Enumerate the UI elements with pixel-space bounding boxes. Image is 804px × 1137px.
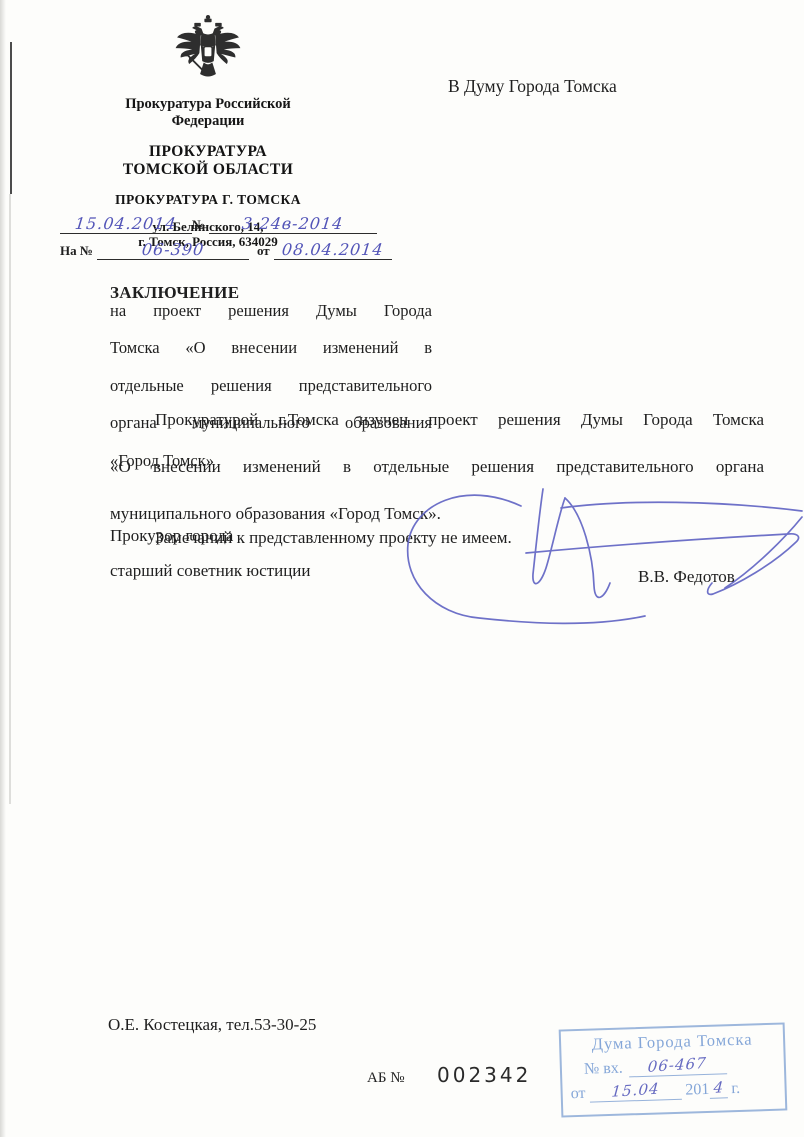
stamp-in-blank: 06-467 [628, 1054, 727, 1077]
stamp-year-printed: 201 [685, 1081, 710, 1100]
date-blank: 15.04.2014 [60, 214, 192, 234]
executor-contact: О.Е. Костецкая, тел.53-30-25 [108, 1015, 316, 1035]
stamp-in-label: № вх. [584, 1060, 623, 1079]
document-title: ЗАКЛЮЧЕНИЕ [110, 283, 239, 303]
stamp-year-suffix: г. [731, 1080, 740, 1098]
stamp-date-blank: 15.04 [589, 1080, 682, 1103]
form-number: 002342 [437, 1063, 531, 1087]
reply-number-blank: 06-390 [97, 240, 249, 260]
coat-of-arms-icon [172, 12, 244, 90]
org-region-line2: ТОМСКОЙ ОБЛАСТИ [52, 161, 364, 179]
signature-ink [393, 486, 804, 628]
stamp-year-blank: 4 [709, 1078, 728, 1099]
reply-ref-row: На № 06-390 от 08.04.2014 [60, 240, 392, 260]
form-series-label: АБ № [367, 1070, 405, 1087]
recipient: В Думу Города Томска [448, 76, 617, 97]
handwritten-date: 15.04.2014 [74, 214, 178, 233]
stamp-date-row: от 15.04 201 4 г. [570, 1077, 777, 1103]
stamp-incoming-row: № вх. 06-467 [570, 1053, 777, 1079]
org-name-region: ПРОКУРАТУРА ТОМСКОЙ ОБЛАСТИ [52, 143, 364, 179]
stamp-handwritten-date: 15.04 [611, 1080, 660, 1101]
org-name-federation: Прокуратура Российской Федерации [52, 96, 364, 130]
number-sign-label: № [192, 217, 209, 234]
stamp-org-name: Дума Города Томска [569, 1029, 776, 1055]
reply-date-blank: 08.04.2014 [274, 240, 392, 260]
subtitle-line: Томска «О внесении изменений в [110, 339, 432, 376]
number-blank: 3-24в-2014 [209, 214, 377, 234]
stamp-date-label: от [570, 1085, 585, 1103]
handwritten-reply-number: 06-390 [141, 240, 205, 259]
signer-name: В.В. Федотов [638, 567, 735, 587]
scan-edge-line-faint [9, 194, 11, 804]
scanned-letter-page: Прокуратура Российской Федерации ПРОКУРА… [0, 0, 804, 1137]
incoming-stamp: Дума Города Томска № вх. 06-467 от 15.04… [559, 1022, 788, 1117]
org-name-line1: Прокуратура Российской [52, 96, 364, 113]
signer-position-line1: Прокурор города [110, 526, 233, 546]
org-name-city: ПРОКУРАТУРА Г. ТОМСКА [52, 192, 364, 208]
stamp-handwritten-year: 4 [712, 1078, 724, 1097]
handwritten-reply-date: 08.04.2014 [281, 240, 385, 259]
handwritten-number: 3-24в-2014 [241, 214, 344, 233]
org-region-line1: ПРОКУРАТУРА [52, 143, 364, 161]
reply-from-label: от [249, 243, 274, 260]
outgoing-ref-row: 15.04.2014 № 3-24в-2014 [60, 214, 377, 234]
org-name-line2: Федерации [52, 113, 364, 130]
scan-edge-line [10, 42, 12, 194]
signer-position-line2: старший советник юстиции [110, 561, 310, 581]
reply-number-label: На № [60, 243, 97, 260]
scan-edge-shadow [0, 0, 6, 1137]
subtitle-line: на проект решения Думы Города [110, 302, 432, 339]
body-line: Прокуратурой г.Томска изучен проект реше… [110, 408, 764, 455]
stamp-handwritten-in-number: 06-467 [648, 1054, 708, 1076]
